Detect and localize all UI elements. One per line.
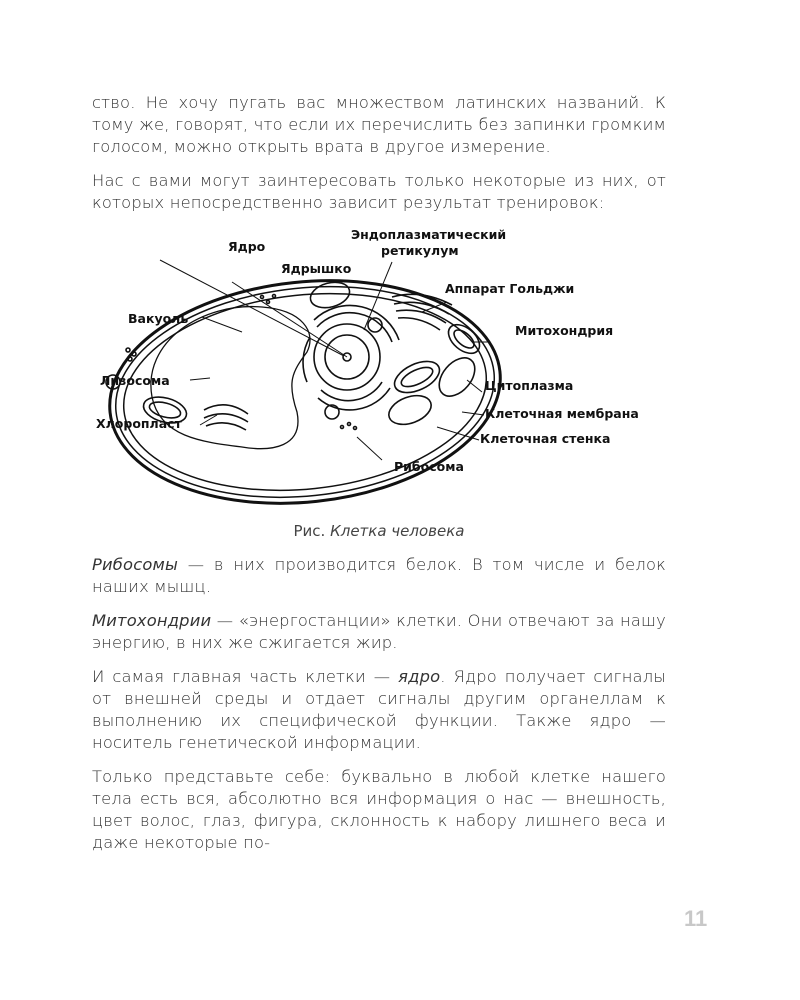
label-er-line2: ретикулум	[381, 244, 459, 258]
paragraph-mitochondria: Митохондрии — «энергостанции» клетки. Он…	[92, 610, 666, 654]
term-mitochondria: Митохондрии	[92, 611, 211, 630]
label-cell-membrane: Клеточная мембрана	[485, 407, 639, 421]
label-er-line1: Эндоплазматический	[351, 228, 506, 242]
figure-caption: Рис. Клетка человека	[92, 522, 666, 540]
term-ribosomes: Рибосомы	[92, 555, 178, 574]
caption-title: Клетка человека	[330, 522, 464, 540]
label-lysosome: Лизосома	[100, 374, 170, 388]
label-mitochondrion: Митохондрия	[515, 324, 613, 338]
nucleus-text-start: И самая главная часть клетки —	[92, 667, 398, 686]
label-cell-wall: Клеточная стенка	[480, 432, 610, 446]
label-cytoplasm: Цитоплазма	[485, 379, 573, 393]
label-vacuole: Вакуоль	[128, 312, 188, 326]
label-ribosome: Рибосома	[394, 460, 464, 474]
label-golgi: Аппарат Гольджи	[445, 282, 574, 296]
page-content: ство. Не хочу пугать вас множеством лати…	[92, 92, 666, 866]
paragraph-ribosomes: Рибосомы — в них производится белок. В т…	[92, 554, 666, 598]
ribosomes-text: — в них производится белок. В том числе …	[92, 555, 666, 596]
paragraph-nucleus: И самая главная часть клетки — ядро. Ядр…	[92, 666, 666, 754]
label-chloroplast: Хлоропласт	[96, 417, 182, 431]
cell-illustration	[92, 232, 666, 522]
paragraph-1: ство. Не хочу пугать вас множеством лати…	[92, 92, 666, 158]
paragraph-6: Только представьте себе: буквально в люб…	[92, 766, 666, 854]
cell-diagram: Ядро Ядрышко Эндоплазматический ретикулу…	[92, 232, 666, 522]
label-nucleus: Ядро	[228, 240, 265, 254]
term-nucleus: ядро	[398, 667, 440, 686]
caption-prefix: Рис.	[294, 522, 331, 540]
paragraph-2: Нас с вами могут заинтересовать только н…	[92, 170, 666, 214]
page-number: 11	[684, 906, 707, 932]
label-nucleolus: Ядрышко	[281, 262, 351, 276]
